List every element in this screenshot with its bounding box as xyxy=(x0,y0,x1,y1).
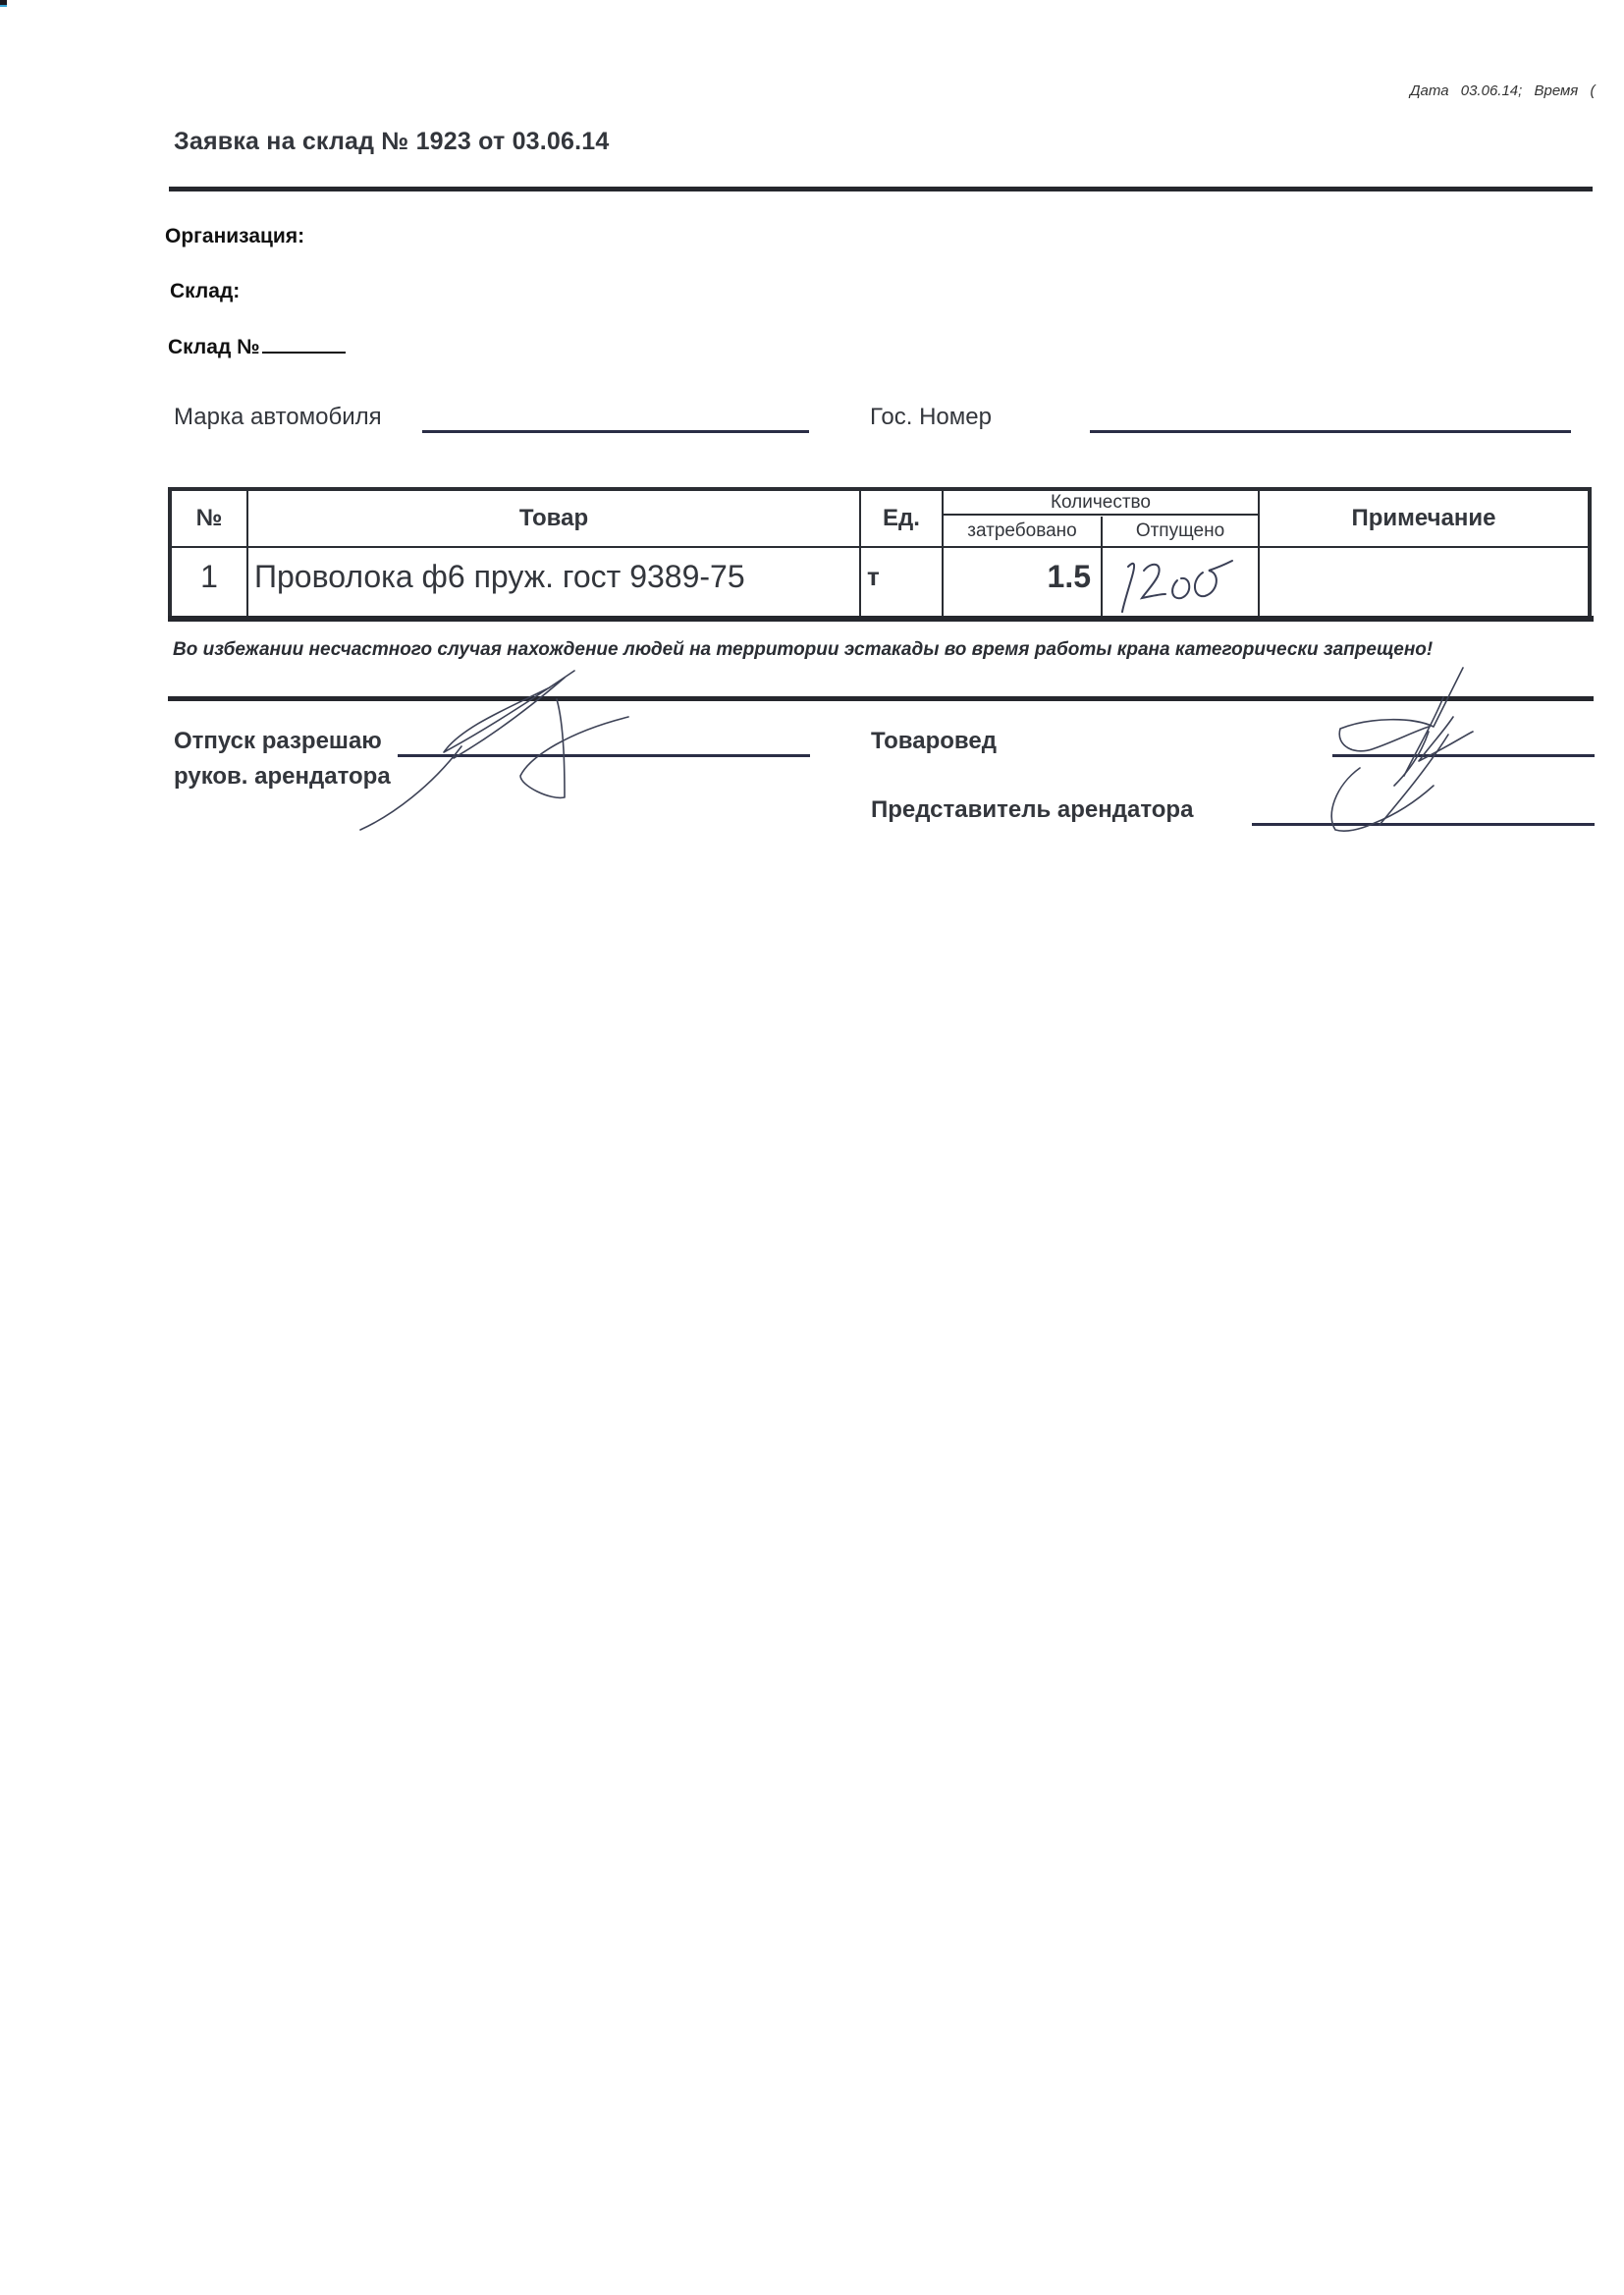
row-requested: 1.5 xyxy=(944,548,1091,605)
header-item: Товар xyxy=(248,491,859,546)
header-unit: Ед. xyxy=(861,491,942,546)
row-no: 1 xyxy=(172,548,246,605)
row-released-handwritten xyxy=(1103,548,1258,619)
safety-warning: Во избежании несчастного случая нахожден… xyxy=(173,639,1433,661)
items-table: № Товар Ед. Количество затребовано Отпущ… xyxy=(168,487,1592,619)
warehouse-field: Склад: xyxy=(170,280,240,303)
organization-label: Организация: xyxy=(165,225,304,247)
date-value: 03.06.14; xyxy=(1461,82,1523,99)
warehouse-number-label: Склад № xyxy=(168,336,260,358)
release-approval-label: Отпуск разрешаю xyxy=(174,728,382,755)
scan-corner-mark-accent xyxy=(0,5,7,7)
organization-field: Организация: xyxy=(165,225,304,248)
row-unit: т xyxy=(867,548,942,605)
merchandiser-label: Товаровед xyxy=(871,728,997,755)
car-brand-blank-line xyxy=(422,430,809,433)
tenant-rep-label: Представитель арендатора xyxy=(871,796,1193,824)
plate-label: Гос. Номер xyxy=(870,404,992,431)
release-signature-line xyxy=(398,754,810,757)
time-label: Время xyxy=(1534,82,1578,99)
header-requested: затребовано xyxy=(944,516,1101,546)
header-quantity: Количество xyxy=(944,491,1258,514)
header-note: Примечание xyxy=(1260,491,1588,546)
warehouse-label: Склад: xyxy=(170,280,240,302)
date-label: Дата xyxy=(1410,82,1449,99)
tenant-rep-signature-line xyxy=(1252,823,1595,826)
document-title: Заявка на склад № 1923 от 03.06.14 xyxy=(174,128,609,156)
header-no: № xyxy=(172,491,246,546)
time-value: ( xyxy=(1590,82,1595,99)
release-approval-label-2: руков. арендатора xyxy=(174,763,391,791)
handwritten-1200-icon xyxy=(1107,549,1254,618)
plate-blank-line xyxy=(1090,430,1571,433)
warehouse-number-field: Склад № xyxy=(168,333,346,359)
print-date-line: Дата 03.06.14; Время ( xyxy=(1410,82,1602,99)
title-divider xyxy=(169,187,1593,191)
header-released: Отпущено xyxy=(1103,516,1258,546)
car-brand-label: Марка автомобиля xyxy=(174,404,382,431)
warehouse-number-blank xyxy=(262,333,346,354)
row-note xyxy=(1260,548,1588,605)
table-bottom-rule xyxy=(168,616,1594,622)
row-item: Проволока ф6 пруж. гост 9389-75 xyxy=(254,548,859,605)
merchandiser-signature-line xyxy=(1332,754,1595,757)
signature-divider xyxy=(168,696,1594,701)
